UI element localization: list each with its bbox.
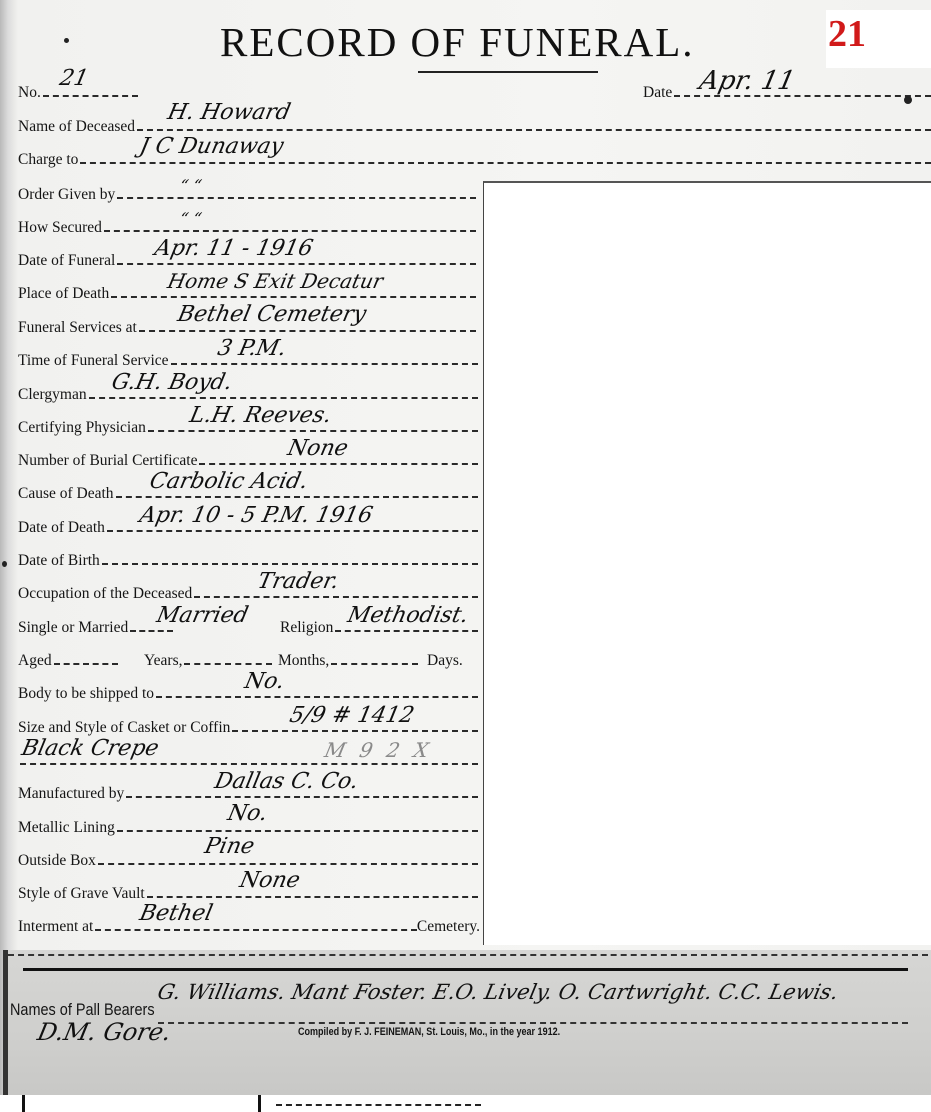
fill-line <box>111 296 476 298</box>
field-value-date: Apr. 11 <box>697 66 798 96</box>
fill-line <box>199 463 478 465</box>
field-label: Days. <box>427 652 463 670</box>
field-label: Metallic Lining <box>18 819 115 837</box>
field-value-order-given-by: “ “ <box>178 176 203 195</box>
field-value-size-and-style-of-casket: 5/9 # 1412 <box>287 703 416 728</box>
field-occupation: Occupation of the Deceased <box>18 577 478 603</box>
field-value-interment-at: Bethel <box>137 901 215 926</box>
fill-line <box>137 129 931 131</box>
field-label: Months, <box>278 652 329 670</box>
field-label: Outside Box <box>18 852 96 870</box>
fill-line <box>156 696 478 698</box>
fill-line <box>276 1104 481 1106</box>
fill-line <box>335 630 478 632</box>
fill-line <box>117 263 476 265</box>
field-value-clergyman: G.H. Boyd. <box>109 370 234 395</box>
field-label: Interment at <box>18 918 93 936</box>
page-title: RECORD OF FUNERAL. <box>220 18 695 66</box>
field-aged-years: Years, <box>144 644 272 670</box>
field-value-time-of-funeral-service: 3 P.M. <box>215 336 288 361</box>
section-rule <box>23 968 908 971</box>
field-aged-months: Months, <box>278 644 418 670</box>
fill-line <box>139 330 476 332</box>
ink-speck <box>2 561 7 567</box>
fill-line <box>89 397 478 399</box>
field-value-place-of-death: Home S Exit Decatur <box>165 269 385 293</box>
fill-line <box>331 663 418 665</box>
pall-bearers-label: Names of Pall Bearers <box>10 1000 155 1020</box>
page-number: 21 <box>828 12 866 56</box>
pall-bearers-line-1: G. Williams. Mant Foster. E.O. Lively. O… <box>155 980 840 1004</box>
field-label: Date of Death <box>18 519 105 537</box>
field-label: Place of Death <box>18 285 109 303</box>
field-aged-days: Days. <box>427 644 477 670</box>
field-label: No. <box>18 84 41 102</box>
fill-line <box>148 430 478 432</box>
field-annotation-casket: M 9 2 X <box>322 738 434 762</box>
field-value-funeral-services-at: Bethel Cemetery <box>175 302 368 327</box>
fill-line <box>98 863 478 865</box>
field-value-outside-box: Pine <box>202 834 256 859</box>
fill-line <box>130 630 173 632</box>
field-label: Single or Married <box>18 619 128 637</box>
field-value-body-to-be-shipped-to: No. <box>242 669 286 694</box>
publisher-credit: Compiled by F. J. FEINEMAN, St. Louis, M… <box>298 1026 560 1038</box>
field-label: Aged <box>18 652 52 670</box>
field-value-single-or-married: Married <box>154 603 250 628</box>
field-label: Manufactured by <box>18 785 124 803</box>
field-value-cause-of-death: Carbolic Acid. <box>147 469 310 494</box>
field-interment-at: Interment at Cemetery. <box>18 910 480 936</box>
field-clergyman: Clergyman <box>18 378 478 404</box>
pall-bearers-section: Names of Pall Bearers G. Williams. Mant … <box>3 950 931 1097</box>
field-value-date-of-death: Apr. 10 - 5 P.M. 1916 <box>137 503 375 528</box>
field-label: Funeral Services at <box>18 319 137 337</box>
field-value-how-secured: “ “ <box>178 209 203 228</box>
fill-line <box>194 596 478 598</box>
fill-line <box>117 830 478 832</box>
field-label: Body to be shipped to <box>18 685 154 703</box>
fill-line <box>102 563 478 565</box>
next-page-edge <box>0 1095 931 1112</box>
fill-line <box>54 663 118 665</box>
fill-line <box>171 363 478 365</box>
fill-line <box>232 730 478 732</box>
field-label: Cause of Death <box>18 485 114 503</box>
field-label: Date of Birth <box>18 552 100 570</box>
fill-line <box>107 530 478 532</box>
border-line <box>22 1095 25 1112</box>
field-value-occupation: Trader. <box>255 569 341 594</box>
field-label: How Secured <box>18 219 102 237</box>
field-value-name-of-deceased: H. Howard <box>165 100 292 125</box>
border-line <box>258 1095 261 1112</box>
field-how-secured: How Secured <box>18 211 476 237</box>
field-suffix: Cemetery. <box>417 918 480 936</box>
field-label: Religion <box>280 619 333 637</box>
field-number-of-burial-certificate: Number of Burial Certificate <box>18 444 478 470</box>
field-value-number-of-burial-certificate: None <box>285 436 350 461</box>
ink-speck <box>904 96 912 104</box>
fill-line <box>43 95 138 97</box>
field-aged: Aged <box>18 644 118 670</box>
fill-line <box>117 197 476 199</box>
field-value-charge-to: J C Dunaway <box>137 134 285 159</box>
field-label: Certifying Physician <box>18 419 146 437</box>
pall-bearers-line-2: D.M. Gore. <box>35 1018 174 1046</box>
funeral-record-page: RECORD OF FUNERAL. 21 No. 21 Date Apr. 1… <box>0 0 931 1112</box>
field-value-no: 21 <box>57 66 90 91</box>
ink-speck <box>64 38 69 43</box>
field-label: Size and Style of Casket or Coffin <box>18 719 230 737</box>
field-value-metallic-lining: No. <box>225 801 269 826</box>
field-label: Style of Grave Vault <box>18 885 145 903</box>
field-label: Time of Funeral Service <box>18 352 169 370</box>
field-label: Order Given by <box>18 186 115 204</box>
field-label: Charge to <box>18 151 78 169</box>
field-value-date-of-funeral: Apr. 11 - 1916 <box>152 236 315 261</box>
fill-line <box>104 230 476 232</box>
field-label: Years, <box>144 652 182 670</box>
field-label: Clergyman <box>18 386 87 404</box>
fill-line <box>95 929 417 931</box>
field-label: Occupation of the Deceased <box>18 585 192 603</box>
field-label: Number of Burial Certificate <box>18 452 197 470</box>
title-underline <box>418 71 598 73</box>
field-label: Date <box>643 84 672 102</box>
fill-line <box>158 1022 908 1024</box>
fill-line <box>147 896 478 898</box>
field-value-manufactured-by: Dallas C. Co. <box>212 769 360 794</box>
fill-line <box>80 162 931 164</box>
field-date-of-birth: Date of Birth <box>18 544 478 570</box>
field-value-certifying-physician: L.H. Reeves. <box>187 403 333 428</box>
page-number-box: 21 <box>826 10 931 68</box>
blank-panel <box>483 181 931 945</box>
fill-line <box>126 796 478 798</box>
fill-line <box>184 663 272 665</box>
field-single-or-married: Single or Married <box>18 611 173 637</box>
fill-line <box>20 763 478 765</box>
field-label: Name of Deceased <box>18 118 135 136</box>
field-value-religion: Methodist. <box>345 603 470 628</box>
field-value-style-of-grave-vault: None <box>237 868 302 893</box>
fill-line <box>116 496 478 498</box>
field-value-casket-continuation: Black Crepe <box>19 736 161 761</box>
field-name-of-deceased: Name of Deceased <box>18 110 931 136</box>
field-order-given-by: Order Given by <box>18 178 476 204</box>
fill-line <box>8 954 928 956</box>
field-label: Date of Funeral <box>18 252 115 270</box>
